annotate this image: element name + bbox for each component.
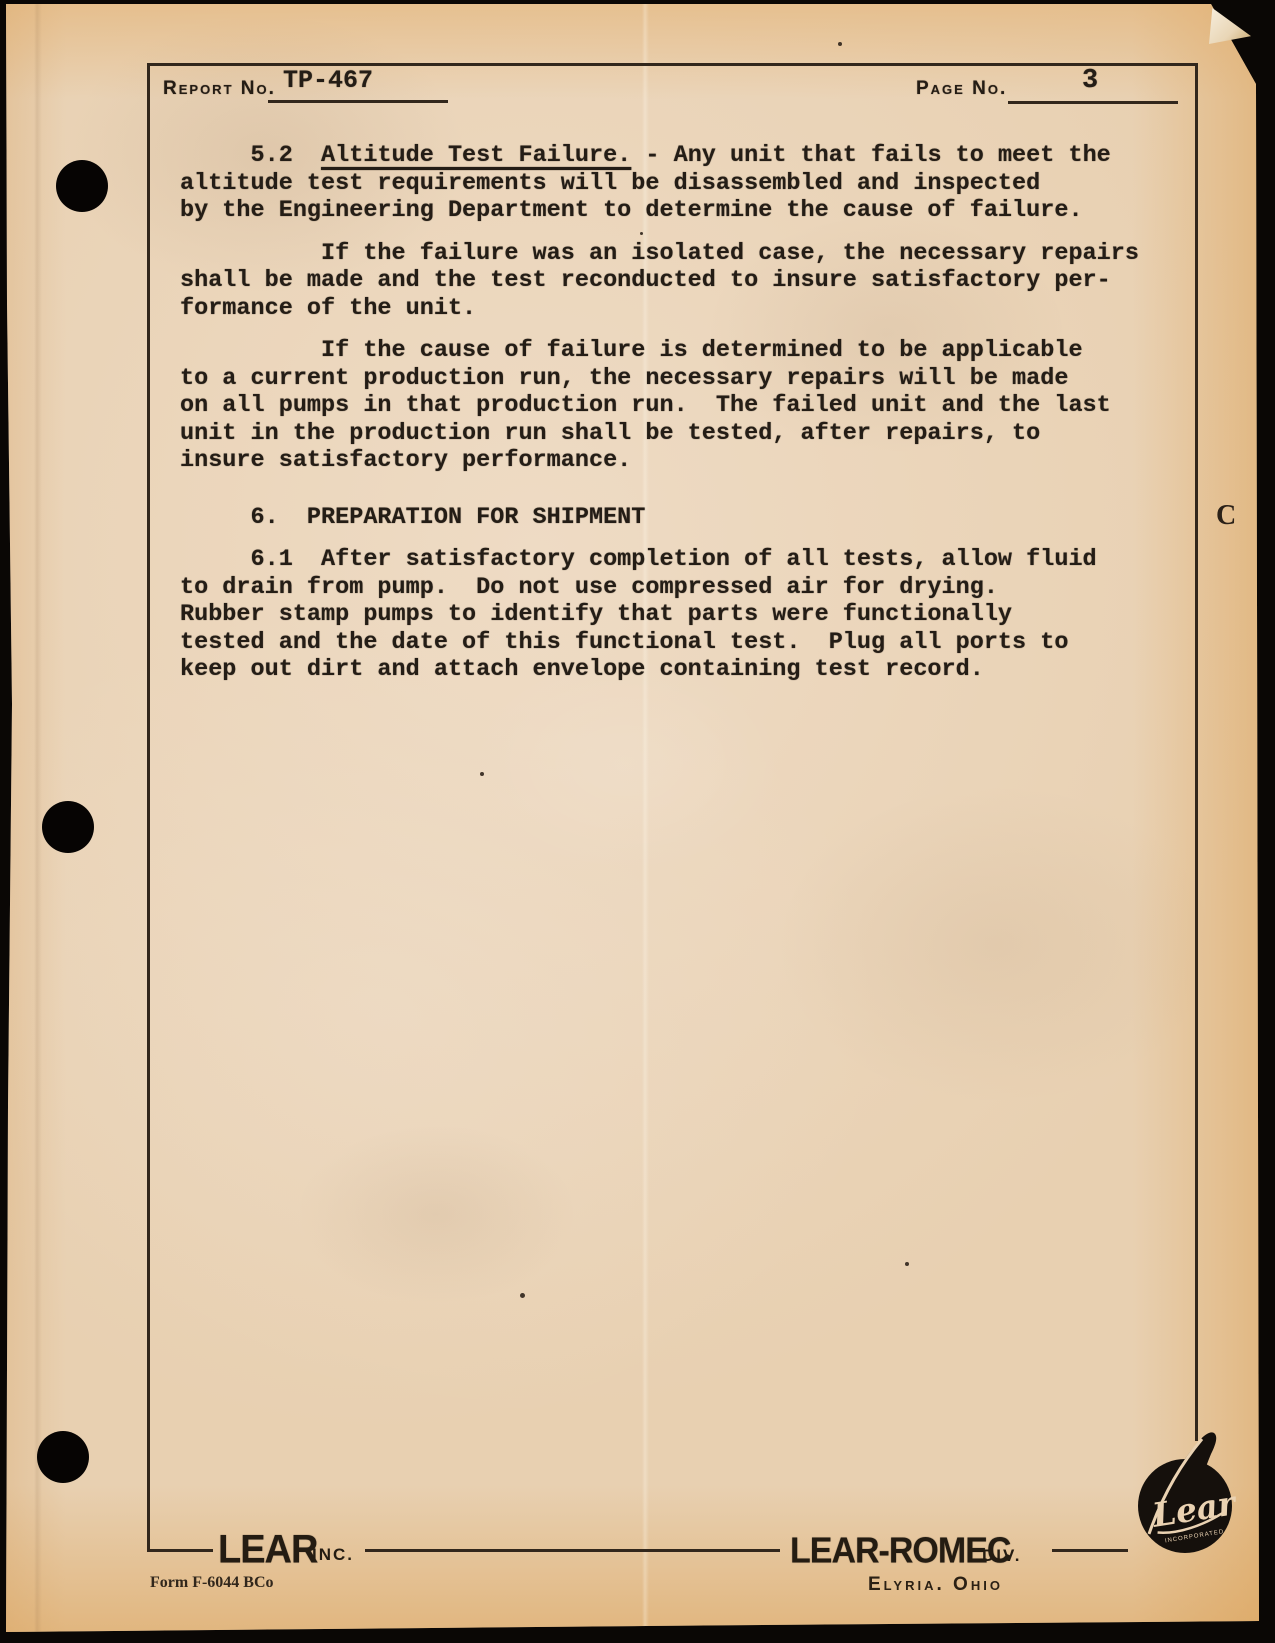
folded-corner (1209, 8, 1251, 44)
hole-punch (56, 160, 108, 212)
report-no-underline (268, 100, 448, 103)
company-name-lear: LEAR (218, 1530, 317, 1570)
text-line: Rubber stamp pumps to identify that part… (180, 601, 1190, 629)
hole-punch (42, 801, 94, 853)
text-line: 6. PREPARATION FOR SHIPMENT (180, 504, 1190, 532)
body-text: 5.2 Altitude Test Failure. - Any unit th… (180, 142, 1190, 699)
report-no-label: Report No. (163, 78, 276, 100)
text-line: insure satisfactory performance. (180, 447, 1190, 475)
text-line: to drain from pump. Do not use compresse… (180, 574, 1190, 602)
text-line: keep out dirt and attach envelope contai… (180, 656, 1190, 684)
frame-left-border (147, 63, 150, 1552)
page-no-label: Page No. (916, 78, 1007, 100)
text-line: If the cause of failure is determined to… (180, 337, 1190, 365)
company-suffix-div: DIV. (982, 1547, 1022, 1564)
text-line: unit in the production run shall be test… (180, 420, 1190, 448)
paragraph: If the failure was an isolated case, the… (180, 240, 1190, 323)
page-no-value: 3 (1082, 66, 1098, 96)
text-line: 5.2 Altitude Test Failure. - Any unit th… (180, 142, 1190, 170)
footer-rule-segment (1052, 1549, 1128, 1552)
text-line: If the failure was an isolated case, the… (180, 240, 1190, 268)
report-no-value: TP-467 (283, 66, 373, 95)
scanned-report-page: Report No. TP-467 Page No. 3 5.2 Altitud… (0, 0, 1275, 1643)
ink-speck (520, 1293, 525, 1298)
ink-speck (838, 42, 842, 46)
company-name-lear-romec: LEAR-ROMEC (790, 1533, 1010, 1569)
text-line: formance of the unit. (180, 295, 1190, 323)
text-line: on all pumps in that production run. The… (180, 392, 1190, 420)
company-suffix-inc: INC. (312, 1546, 354, 1563)
text-line: tested and the date of this functional t… (180, 629, 1190, 657)
footer-rule-segment (149, 1549, 213, 1552)
text-line: altitude test requirements will be disas… (180, 170, 1190, 198)
margin-annotation: C (1216, 500, 1236, 532)
page-no-underline (1008, 101, 1178, 104)
ink-speck (905, 1262, 909, 1266)
text-line: to a current production run, the necessa… (180, 365, 1190, 393)
paragraph: If the cause of failure is determined to… (180, 337, 1190, 475)
paragraph: 6. PREPARATION FOR SHIPMENT (180, 504, 1190, 532)
text-line: shall be made and the test reconducted t… (180, 267, 1190, 295)
text-line: 6.1 After satisfactory completion of all… (180, 546, 1190, 574)
footer-rule-segment (365, 1549, 780, 1552)
paragraph: 6.1 After satisfactory completion of all… (180, 546, 1190, 684)
company-location: Elyria. Ohio (868, 1574, 1003, 1596)
hole-punch (37, 1431, 89, 1483)
paragraph: 5.2 Altitude Test Failure. - Any unit th… (180, 142, 1190, 225)
frame-right-border (1195, 63, 1198, 1441)
ink-speck (480, 772, 484, 776)
form-number: Form F-6044 BCo (150, 1574, 274, 1592)
lear-logo-icon: Lear INCORPORATED (1127, 1422, 1251, 1558)
text-line: by the Engineering Department to determi… (180, 197, 1190, 225)
